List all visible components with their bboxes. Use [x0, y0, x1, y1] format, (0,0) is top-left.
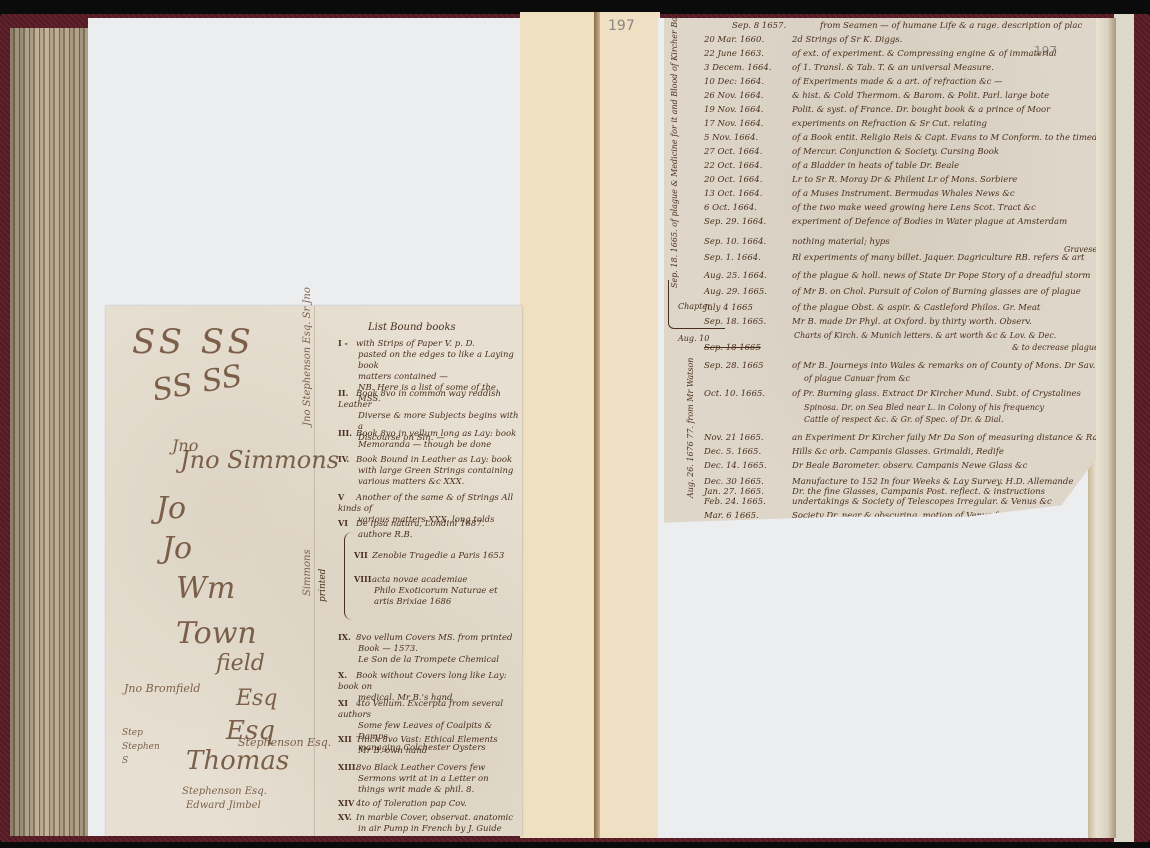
folio-number: 197 [608, 18, 635, 34]
sheet-fold-line [314, 306, 315, 836]
list-entry-8: VIIIacta novae academiae Philo Exoticoru… [354, 574, 522, 608]
log-row: Sep. 8 1657.from Seamen — of humane Life… [732, 20, 1082, 32]
log-row: Sep. 18. 1665.Mr B. made Dr Phyl. at Oxf… [704, 316, 1032, 328]
sub-note: Cattle of respect &c. & Gr. of Spec. of … [804, 414, 1004, 425]
flourish-esq: Esq [236, 686, 277, 711]
log-row: Nov. 21 1665.an Experiment Dr Kircher fa… [704, 432, 1109, 444]
log-row: 20 Oct. 1664.Lr to Sr R. Moray Dr & Phil… [704, 174, 1017, 186]
log-row: 3 Decem. 1664.of 1. Transl. & Tab. T. & … [704, 62, 994, 74]
log-row: Sep. 1. 1664.Rl experiments of many bill… [704, 252, 1084, 264]
log-row: Oct. 10. 1665.of Pr. Burning glass. Extr… [704, 388, 1081, 400]
log-row: 17 Nov. 1664.experiments on Refraction &… [704, 118, 987, 130]
list-entry-6: VIDe ipsa natura, Londini 1687. authore … [338, 518, 520, 541]
left-manuscript-sheet: SS SS SS SS Jno Jno Simmons Jo Jo Wm Tow… [106, 306, 522, 836]
flourish-wm: Wm [176, 571, 235, 606]
log-row: Dec. 5. 1665.Hills &c orb. Campanis Glas… [704, 446, 1004, 458]
printed-brace [344, 532, 353, 620]
flourish-ss-2: SS SS [150, 358, 245, 408]
log-row: 5 Nov. 1664.of a Book entit. Religio Rei… [704, 132, 1126, 144]
sub-note: of plague Canuar from &c [804, 373, 910, 384]
signature-stephenson-esq: Stephenson Esq. [238, 736, 331, 749]
page-block-shading [10, 28, 90, 836]
margin-note-vertical-bottom: Aug. 26. 1676 77. from Mr Watson [686, 358, 695, 498]
margin-note-vertical-top: Sep. 18. 1665. of plague & Medicine for … [670, 3, 679, 288]
left-stub-guard [520, 12, 596, 838]
list-entry-4: IV.Book Bound in Leather as Lay: book wi… [338, 454, 520, 488]
list-entry-15: XV.In marble Cover, observat. anatomic i… [338, 812, 520, 835]
list-entry-12: XIIThick 8vo Vast: Ethical Elements Mr B… [338, 734, 520, 757]
log-row: Sep. 28. 1665of Mr B. Journeys into Wale… [704, 360, 1116, 372]
log-row: 20 Mar. 1660.2d Strings of Sr K. Diggs. [704, 34, 902, 46]
log-row: Sep. 10. 1664.nothing material; hyps [704, 236, 890, 248]
log-row: 19 Nov. 1664.Polit. & syst. of France. D… [704, 104, 1050, 116]
signature-stephenson-esq-bottom: Stephenson Esq. [182, 786, 267, 797]
flourish-town: Town [176, 616, 257, 651]
sub-note: & to decrease plague [1012, 342, 1099, 353]
log-row: 26 Nov. 1664.& hist. & Cold Thermom. & B… [704, 90, 1049, 102]
log-row-struck: Sep. 18 1665 [704, 342, 792, 354]
log-row: 22 June 1663.of ext. of experiment. & Co… [704, 48, 1057, 60]
flourish-thomas: Thomas [186, 746, 289, 776]
right-board-edge [1114, 14, 1134, 842]
list-title: List Bound books [368, 322, 456, 333]
log-row: 27 Oct. 1664.of Mercur. Conjunction & So… [704, 146, 999, 158]
flourish-field: field [216, 651, 265, 676]
signature-vertical-stephenson: Jno Stephenson Esq. Sr Jno [302, 287, 313, 426]
log-row: 6 Oct. 1664.of the two make weed growing… [704, 202, 1036, 214]
signature-jno-simmons: Jno Simmons [180, 446, 339, 474]
flourish-ss: SS SS [132, 322, 255, 362]
signature-edward-jimbel: Edward Jimbel [186, 800, 261, 811]
list-entry-3: III.Book 8vo in vellum long as Lay: book… [338, 428, 520, 451]
log-row: July 4 1665of the plague Obst. & aspir. … [704, 302, 1040, 314]
signature-jno-bromfield: Jno Bromfield [124, 682, 200, 695]
list-entry-9: IX.8vo vellum Covers MS. from printed Bo… [338, 632, 520, 666]
list-entry-14: XIV4to of Toleration pap Cov. [338, 798, 520, 810]
log-row: 13 Oct. 1664.of a Muses Instrument. Berm… [704, 188, 1015, 200]
signature-vertical-simmons: Simmons [302, 549, 313, 596]
list-entry-7: VIIZenobie Tragedie a Paris 1653 [354, 550, 522, 562]
printed-label: printed [318, 569, 328, 602]
log-row: Sep. 29. 1664.experiment of Defence of B… [704, 216, 1067, 228]
log-row: 10 Dec: 1664.of Experiments made & a art… [704, 76, 1003, 88]
sub-note: Charts of Kirch. & Munich letters. & art… [794, 330, 1056, 341]
flourish-jo-2: Jo [162, 531, 192, 566]
log-row: Dec. 14. 1665.Dr Beale Barometer. observ… [704, 460, 1027, 472]
log-row: Feb. 24. 1665.undertakings & Society of … [704, 496, 1052, 508]
log-row: Aug. 25. 1664.of the plague & holl. news… [704, 270, 1090, 282]
flourish-jo: Jo [156, 491, 186, 526]
right-stub-guard: 197 [600, 12, 660, 838]
sub-note: Spinosa. Dr. on Sea Bled near L. in Colo… [804, 402, 1044, 413]
signature-step-stephen: Step Stephen S [122, 726, 162, 768]
log-row: 22 Oct. 1664.of a Bladder in heats of ta… [704, 160, 959, 172]
log-row: Aug. 29. 1665.of Mr B. on Chol. Pursuit … [704, 286, 1081, 298]
list-entry-13: XIII.8vo Black Leather Covers few Sermon… [338, 762, 520, 796]
